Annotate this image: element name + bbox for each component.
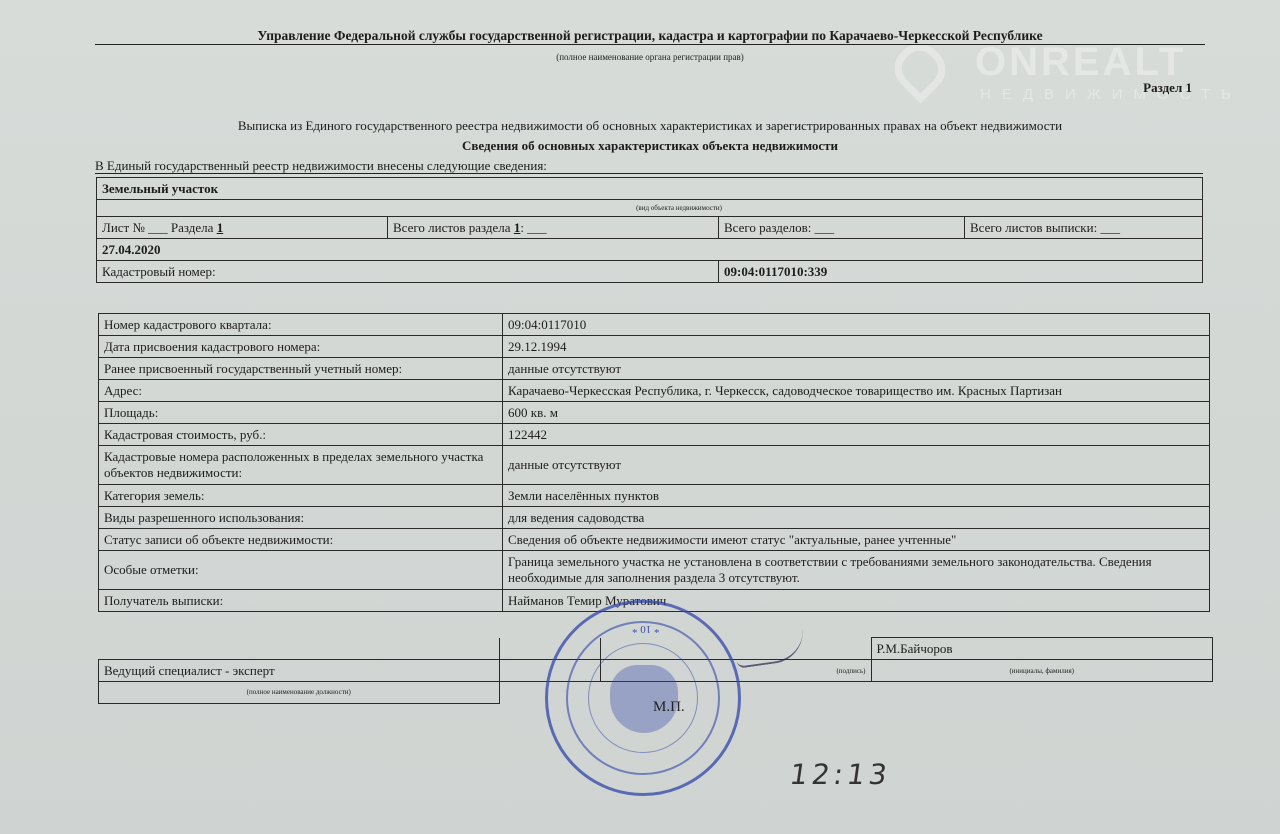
property-row: Виды разрешенного использования:для веде… xyxy=(99,507,1210,529)
official-stamp: * 10 * М.П. xyxy=(545,600,741,796)
stamp-number: * 10 * xyxy=(632,623,660,635)
property-value: для ведения садоводства xyxy=(503,507,1210,529)
watermark-subtext: НЕДВИЖИМОСТЬ xyxy=(980,86,1242,103)
property-label: Ранее присвоенный государственный учетны… xyxy=(99,358,503,380)
position-caption: (полное наименование должности) xyxy=(99,682,500,704)
document-title: Выписка из Единого государственного реес… xyxy=(90,118,1210,134)
object-header-table: Земельный участок (вид объекта недвижимо… xyxy=(96,177,1203,283)
sheet-number-cell: Лист № ___ Раздела 1 xyxy=(97,217,388,239)
document-subtitle: Сведения об основных характеристиках объ… xyxy=(90,138,1210,154)
name-caption: (инициалы, фамилия) xyxy=(871,660,1213,682)
watermark: ONREALT НЕДВИЖИМОСТЬ xyxy=(880,38,1260,118)
property-row: Категория земель:Земли населённых пункто… xyxy=(99,485,1210,507)
property-label: Категория земель: xyxy=(99,485,503,507)
property-row: Адрес:Карачаево-Черкесская Республика, г… xyxy=(99,380,1210,402)
extract-date: 27.04.2020 xyxy=(97,239,1203,261)
property-row: Дата присвоения кадастрового номера:29.1… xyxy=(99,336,1210,358)
organization-caption: (полное наименование органа регистрации … xyxy=(95,52,1205,62)
property-label: Дата присвоения кадастрового номера: xyxy=(99,336,503,358)
property-value: 600 кв. м xyxy=(503,402,1210,424)
property-label: Виды разрешенного использования: xyxy=(99,507,503,529)
cadastral-number-label: Кадастровый номер: xyxy=(97,261,719,283)
property-label: Особые отметки: xyxy=(99,551,503,590)
organization-name: Управление Федеральной службы государств… xyxy=(95,28,1205,44)
property-value: 29.12.1994 xyxy=(503,336,1210,358)
property-value: 09:04:0117010 xyxy=(503,314,1210,336)
object-type-caption: (вид объекта недвижимости) xyxy=(97,200,1203,217)
divider xyxy=(95,173,1203,174)
property-row: Особые отметки:Граница земельного участк… xyxy=(99,551,1210,590)
property-label: Адрес: xyxy=(99,380,503,402)
property-value: данные отсутствуют xyxy=(503,446,1210,485)
property-row: Статус записи об объекте недвижимости:Св… xyxy=(99,529,1210,551)
stamp-label: М.П. xyxy=(653,699,685,716)
intro-text: В Единый государственный реестр недвижим… xyxy=(95,158,547,174)
watermark-text: ONREALT xyxy=(975,40,1186,85)
property-row: Кадастровая стоимость, руб.:122442 xyxy=(99,424,1210,446)
property-row: Номер кадастрового квартала:09:04:011701… xyxy=(99,314,1210,336)
handwritten-note: 12:13 xyxy=(788,758,893,791)
object-type: Земельный участок xyxy=(97,178,1203,200)
signatory-name: Р.М.Байчоров xyxy=(871,638,1213,660)
property-label: Кадастровая стоимость, руб.: xyxy=(99,424,503,446)
property-label: Площадь: xyxy=(99,402,503,424)
property-value: Земли населённых пунктов xyxy=(503,485,1210,507)
section-label: Раздел 1 xyxy=(1143,80,1192,96)
cadastral-number: 09:04:0117010:339 xyxy=(719,261,1203,283)
property-value: Карачаево-Черкесская Республика, г. Черк… xyxy=(503,380,1210,402)
property-value: 122442 xyxy=(503,424,1210,446)
total-extract-sheets-cell: Всего листов выписки: ___ xyxy=(965,217,1203,239)
properties-table: Номер кадастрового квартала:09:04:011701… xyxy=(98,313,1210,612)
property-value: Граница земельного участка не установлен… xyxy=(503,551,1210,590)
property-label: Номер кадастрового квартала: xyxy=(99,314,503,336)
property-label: Получатель выписки: xyxy=(99,590,503,612)
property-label: Статус записи об объекте недвижимости: xyxy=(99,529,503,551)
total-sections-cell: Всего разделов: ___ xyxy=(719,217,965,239)
property-value: данные отсутствуют xyxy=(503,358,1210,380)
divider xyxy=(95,44,1205,45)
property-label: Кадастровые номера расположенных в преде… xyxy=(99,446,503,485)
property-value: Сведения об объекте недвижимости имеют с… xyxy=(503,529,1210,551)
property-row: Площадь:600 кв. м xyxy=(99,402,1210,424)
property-row: Ранее присвоенный государственный учетны… xyxy=(99,358,1210,380)
total-sheets-section-cell: Всего листов раздела 1: ___ xyxy=(388,217,719,239)
signatory-position: Ведущий специалист - эксперт xyxy=(99,660,500,682)
property-row: Кадастровые номера расположенных в преде… xyxy=(99,446,1210,485)
